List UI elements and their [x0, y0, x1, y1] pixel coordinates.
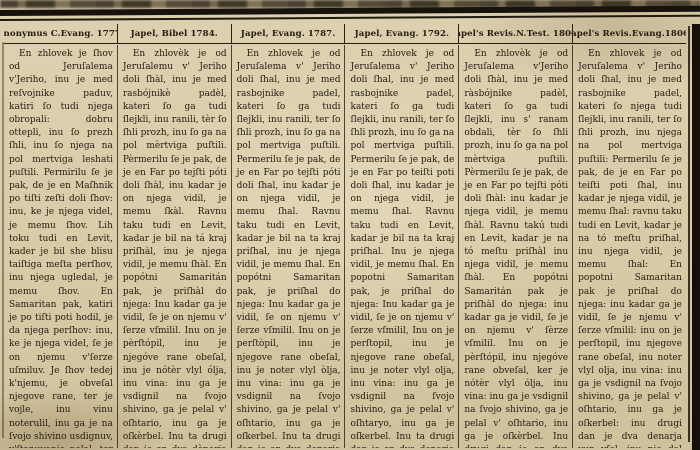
- right-rule-thin: [688, 26, 690, 442]
- column-text-japel-revis-1800: En zhlovèk je od Jeruſalema v'Jeriho dol…: [459, 45, 573, 448]
- column-text-japel-bibel-1784: En zhlovèk je od Jeruſalemu v' Jeriho do…: [118, 45, 232, 448]
- book-page: Anonymus C.Evang. 1777. Japel, Bibel 178…: [0, 0, 700, 450]
- column-header-japel-revis-1806: Japel's Revis.Evang.1806.: [573, 24, 686, 43]
- top-rule-thin: [0, 15, 700, 21]
- column-text-japel-evang-1792: En zhlovek je od Jeruſalema v' Jeriho do…: [345, 45, 459, 448]
- right-rule-thick: [692, 24, 700, 450]
- column-text-japel-revis-1806: En zhlovek je od Jeruſalema v' Jeriho do…: [573, 45, 686, 448]
- column-header-japel-bibel-1784: Japel, Bibel 1784.: [118, 24, 232, 43]
- column-text-japel-evang-1787: En zhlovek je od Jeruſalema v' Jeriho do…: [232, 45, 346, 448]
- column-header-japel-evang-1792: Japel, Evang. 1792.: [345, 24, 459, 43]
- parallel-text-columns: En zhlovek je ſhov od Jeruſalema v'Jerih…: [4, 45, 686, 448]
- column-headers: Anonymus C.Evang. 1777. Japel, Bibel 178…: [4, 24, 686, 44]
- column-text-anonymus-1777: En zhlovek je ſhov od Jeruſalema v'Jerih…: [4, 45, 118, 448]
- column-header-japel-evang-1787: Japel, Evang. 1787.: [232, 24, 346, 43]
- column-header-japel-revis-1800: Japel's Revis.N.Test. 1800.: [459, 24, 573, 43]
- column-header-anonymus-1777: Anonymus C.Evang. 1777.: [4, 24, 118, 43]
